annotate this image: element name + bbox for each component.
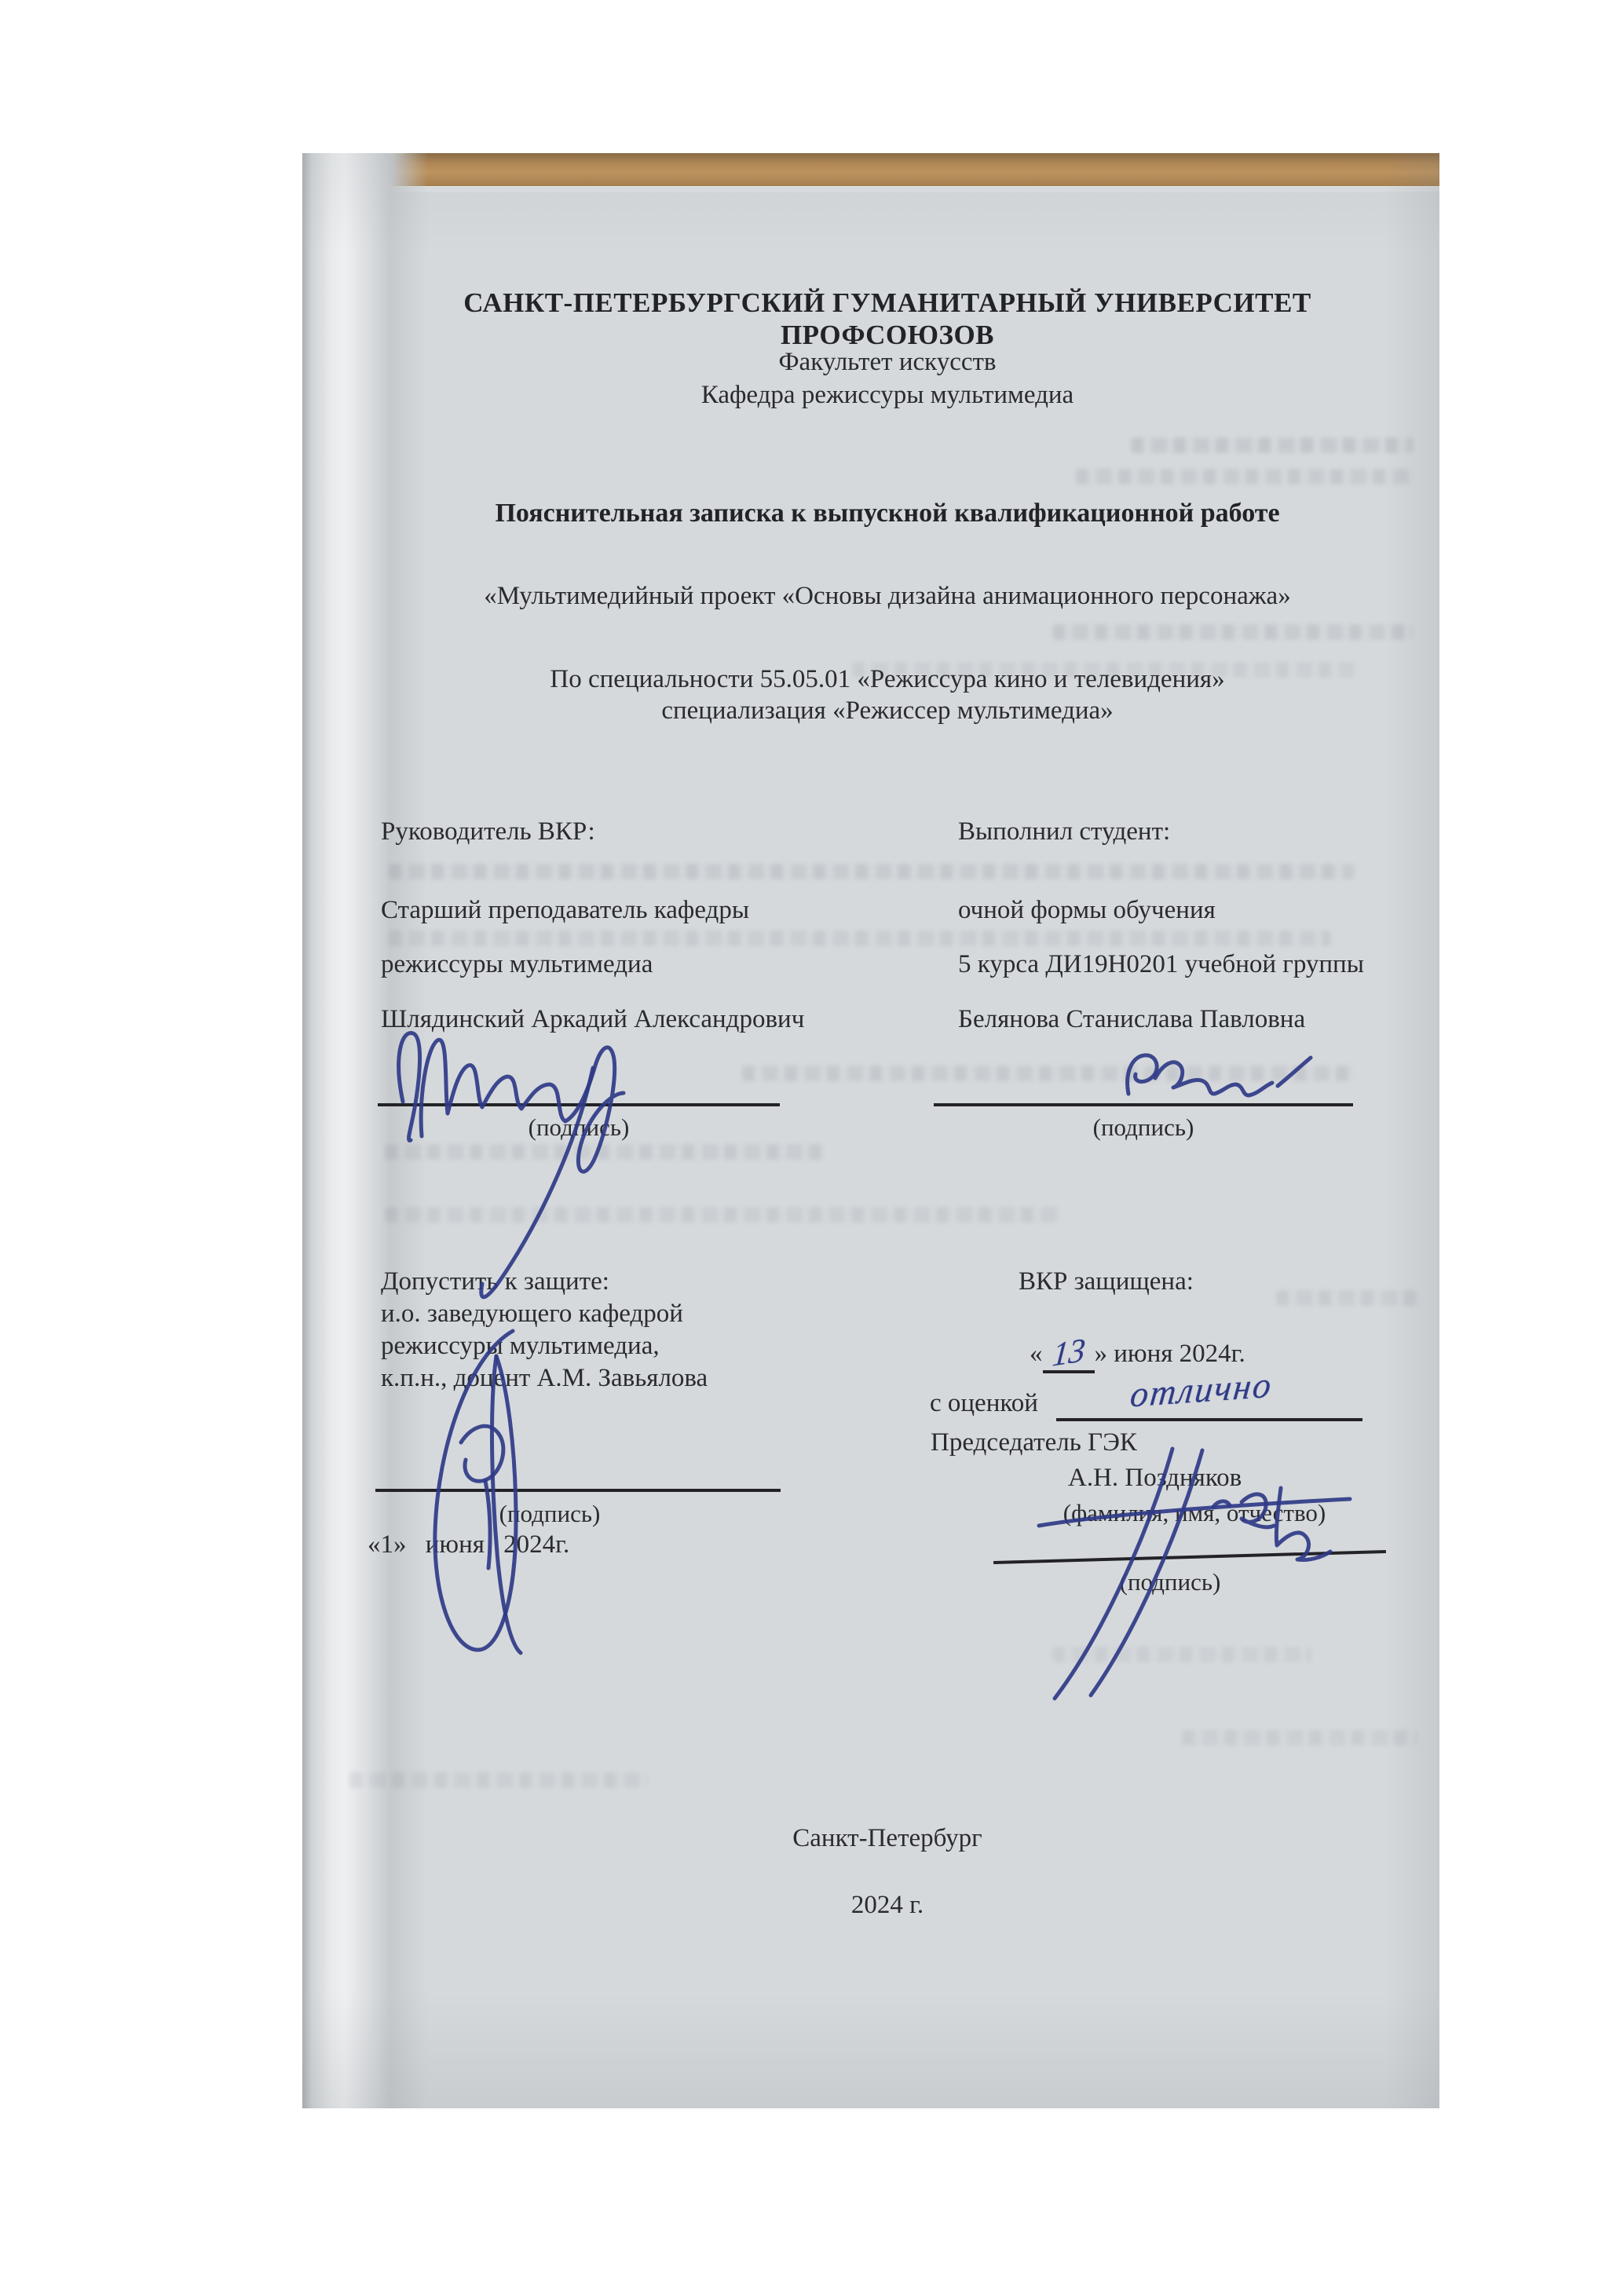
admission-signature-caption: (подпись) — [375, 1497, 724, 1530]
supervisor-position-2: режиссуры мультимедиа — [381, 949, 653, 981]
supervisor-position-1: Старший преподаватель кафедры — [381, 894, 749, 927]
scanned-title-page: САНКТ-ПЕТЕРБУРГСКИЙ ГУМАНИТАРНЫЙ УНИВЕРС… — [0, 0, 1624, 2296]
admission-line-1: Допустить к защите: — [381, 1266, 609, 1298]
supervisor-signature — [399, 1033, 624, 1297]
defense-date-day-box: 13 — [1043, 1336, 1095, 1373]
grade-line — [1056, 1418, 1362, 1421]
grade-label: с оценкой — [930, 1387, 1038, 1420]
defense-date-open: « — [1030, 1340, 1043, 1368]
chair-signature-caption: (подпись) — [993, 1566, 1347, 1598]
student-mode-line: очной формы обучения — [958, 894, 1216, 927]
student-group-line: 5 курса ДИ19Н0201 учебной группы — [958, 949, 1364, 981]
defense-title: ВКР защищена: — [1019, 1266, 1194, 1298]
faculty-line: Факультет искусств — [357, 346, 1417, 378]
admission-signature-line — [375, 1489, 781, 1492]
student-label: Выполнил студент: — [958, 816, 1170, 848]
specialty-line-2: специализация «Режиссер мультимедиа» — [357, 695, 1417, 727]
supervisor-signature-caption: (подпись) — [378, 1111, 780, 1143]
defense-date-rest: » июня 2024г. — [1095, 1340, 1245, 1368]
student-signature-line — [934, 1103, 1353, 1106]
supervisor-name: Шлядинский Аркадий Александрович — [381, 1004, 804, 1036]
chair-label: Председатель ГЭК — [931, 1427, 1137, 1459]
book-cover-edge — [329, 153, 1439, 186]
chair-caption: (фамилия, имя, отчество) — [1030, 1497, 1359, 1529]
document-title: Пояснительная записка к выпускной квалиф… — [357, 497, 1417, 529]
admission-line-2: и.о. заведующего кафедрой — [381, 1298, 683, 1330]
year-line: 2024 г. — [357, 1889, 1417, 1921]
student-signature-caption: (подпись) — [934, 1111, 1353, 1143]
page-top-highlight — [329, 186, 1439, 193]
department-line: Кафедра режиссуры мультимедиа — [357, 379, 1417, 411]
chair-name: А.Н. Поздняков — [1068, 1462, 1242, 1494]
defense-date-day-handwritten: 13 — [1051, 1334, 1086, 1373]
admission-date: «1» июня 2024г. — [368, 1529, 569, 1561]
admission-line-4: к.п.н., доцент А.М. Завьялова — [381, 1362, 708, 1395]
specialty-line-1: По специальности 55.05.01 «Режиссура кин… — [357, 664, 1417, 696]
admission-line-3: режиссуры мультимедиа, — [381, 1330, 660, 1362]
chair-signature-line — [993, 1550, 1386, 1564]
page-photo: САНКТ-ПЕТЕРБУРГСКИЙ ГУМАНИТАРНЫЙ УНИВЕРС… — [302, 153, 1439, 2108]
university-title: САНКТ-ПЕТЕРБУРГСКИЙ ГУМАНИТАРНЫЙ УНИВЕРС… — [357, 287, 1417, 351]
supervisor-signature-line — [378, 1103, 780, 1106]
supervisor-label: Руководитель ВКР: — [381, 816, 595, 848]
city-line: Санкт-Петербург — [357, 1823, 1417, 1855]
student-name: Белянова Станислава Павловна — [958, 1004, 1305, 1036]
project-title: «Мультимедийный проект «Основы дизайна а… — [357, 580, 1417, 612]
